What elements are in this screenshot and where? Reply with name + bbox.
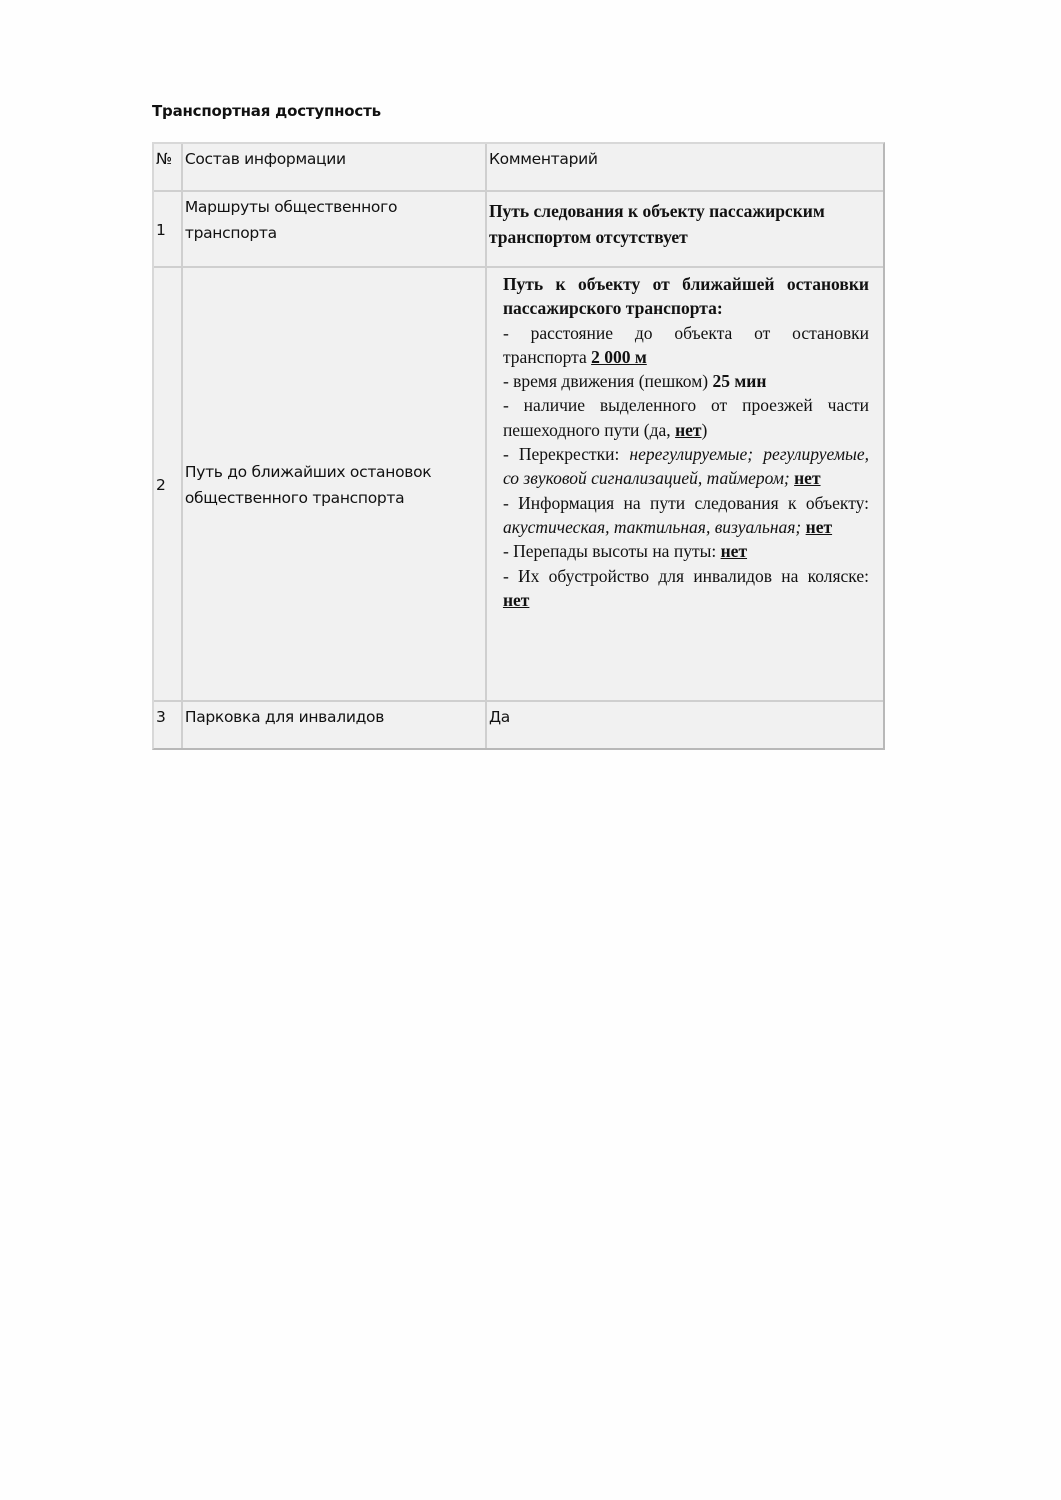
table-row: 1 Маршруты общественного транспорта Путь… — [154, 192, 883, 268]
table-row: 2 Путь до ближайших остановок общественн… — [154, 268, 883, 702]
header-comment: Комментарий — [485, 144, 883, 192]
row-number: 3 — [154, 702, 181, 748]
height-label: - Перепады высоты на путы: — [503, 541, 721, 561]
equip-value: нет — [503, 590, 529, 610]
row-number: 1 — [154, 192, 181, 268]
info-value: нет — [806, 517, 832, 537]
equip-line: - Их обустройство для инвалидов на коляс… — [503, 564, 869, 613]
sidewalk-close: ) — [702, 420, 708, 440]
comment-block: Путь к объекту от ближайшей остановки па… — [489, 270, 883, 612]
header-number: № — [154, 144, 181, 192]
distance-line: - расстояние до объекта от остановки тра… — [503, 321, 869, 370]
row-comment: Да — [485, 702, 883, 748]
row-info: Маршруты общественного транспорта — [181, 192, 485, 268]
time-line: - время движения (пешком) 25 мин — [503, 369, 869, 393]
info-options: акустическая, тактильная, визуальная; — [503, 517, 801, 537]
time-label: - время движения (пешком) — [503, 371, 713, 391]
document-title: Транспортная доступность — [152, 102, 381, 120]
transport-accessibility-table: № Состав информации Комментарий 1 Маршру… — [152, 142, 885, 750]
row-info: Путь до ближайших остановок общественног… — [181, 268, 485, 702]
header-info: Состав информации — [181, 144, 485, 192]
comment-heading: Путь к объекту от ближайшей остановки па… — [503, 272, 869, 321]
table-row: 3 Парковка для инвалидов Да — [154, 702, 883, 748]
time-value: 25 мин — [712, 371, 766, 391]
distance-value: 2 000 м — [591, 347, 647, 367]
row-comment: Путь следования к объекту пассажирским т… — [485, 192, 883, 268]
row-info: Парковка для инвалидов — [181, 702, 485, 748]
crossings-value: нет — [794, 468, 820, 488]
crossings-label: - Перекрестки: — [503, 444, 629, 464]
sidewalk-line: - наличие выделенного от проезжей части … — [503, 393, 869, 442]
table-header-row: № Состав информации Комментарий — [154, 144, 883, 192]
distance-label: - расстояние до объекта от остановки тра… — [503, 323, 869, 367]
info-label: - Информация на пути следования к объект… — [503, 493, 869, 513]
sidewalk-value: нет — [675, 420, 701, 440]
crossings-line: - Перекрестки: нерегулируемые; регулируе… — [503, 442, 869, 491]
info-line: - Информация на пути следования к объект… — [503, 491, 869, 540]
height-line: - Перепады высоты на путы: нет — [503, 539, 869, 563]
row-number: 2 — [154, 268, 181, 702]
row-comment: Путь к объекту от ближайшей остановки па… — [485, 268, 883, 702]
equip-label: - Их обустройство для инвалидов на коляс… — [503, 566, 869, 586]
height-value: нет — [721, 541, 747, 561]
